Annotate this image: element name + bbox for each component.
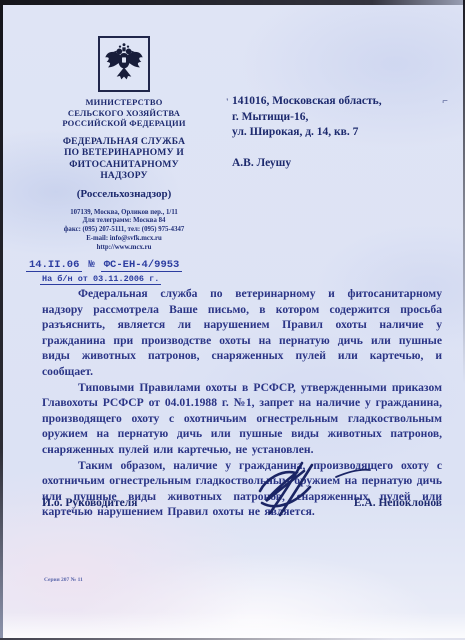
ministry-line: МИНИСТЕРСТВО [16,97,232,108]
scan-edge-left [0,0,3,640]
letterhead: МИНИСТЕРСТВО СЕЛЬСКОГО ХОЗЯЙСТВА РОССИЙС… [16,36,232,284]
scanned-letter-page: МИНИСТЕРСТВО СЕЛЬСКОГО ХОЗЯЙСТВА РОССИЙС… [0,0,465,640]
ministry-name: МИНИСТЕРСТВО СЕЛЬСКОГО ХОЗЯЙСТВА РОССИЙС… [16,97,232,129]
recipient-address-line: г. Мытищи-16, [232,110,452,126]
scan-tick-mark: ' [226,95,229,111]
scan-corner-mark: ⌐ [442,94,448,110]
outgoing-number-line: 14.II.06№ФС-ЕН-4/9953 [26,259,232,271]
ministry-line: СЕЛЬСКОГО ХОЗЯЙСТВА [16,108,232,119]
body-paragraph: Федеральная служба по ветеринарному и фи… [42,286,442,380]
contact-line-website: http://www.mcx.ru [16,244,232,253]
service-line: НАДЗОРУ [16,171,232,183]
outgoing-number: ФС-ЕН-4/9953 [101,259,183,272]
letter-body: Федеральная служба по ветеринарному и фи… [42,286,442,520]
scan-edge-top [0,0,465,5]
contact-line-telegrams: Для телеграмм: Москва 84 [16,217,232,226]
contact-line-address: 107139, Москва, Орликов пер., 1/11 [16,209,232,218]
coat-of-arms-frame [98,36,150,92]
service-line: ФЕДЕРАЛЬНАЯ СЛУЖБА [16,137,232,149]
contact-block: 107139, Москва, Орликов пер., 1/11 Для т… [16,209,232,253]
body-paragraph: Таким образом, наличие у гражданина, про… [42,458,442,520]
service-line: ПО ВЕТЕРИНАРНОМУ И [16,148,232,160]
signature-row: И.о. Руководителя Е.А. Непоклонов [42,497,442,509]
outgoing-reference-block: 14.II.06№ФС-ЕН-4/9953 На б/н от 03.11.20… [16,259,232,284]
form-serial-note: Серия 207 № 11 [44,577,83,583]
number-sign: № [88,259,94,271]
body-paragraph: Типовыми Правилами охоты в РСФСР, утверж… [42,380,442,458]
double-headed-eagle-icon [104,40,144,89]
outgoing-date: 14.II.06 [26,259,82,272]
ministry-line: РОССИЙСКОЙ ФЕДЕРАЦИИ [16,118,232,129]
handwritten-signature-icon [246,457,376,528]
scan-fade-artifact [3,612,465,638]
recipient-address-line: ул. Широкая, д. 14, кв. 7 [232,125,452,141]
signer-position-title: И.о. Руководителя [42,497,137,509]
service-short-name: (Россельхознадзор) [16,188,232,200]
contact-line-phone-fax: факс: (095) 207-5111, тел: (095) 975-434… [16,226,232,235]
service-name: ФЕДЕРАЛЬНАЯ СЛУЖБА ПО ВЕТЕРИНАРНОМУ И ФИ… [16,137,232,183]
incoming-reference-text: На б/н от 03.11.2006 г. [40,274,161,285]
contact-line-email: E-mail: info@svfk.mcx.ru [16,235,232,244]
incoming-reference-line: На б/н от 03.11.2006 г. [26,274,232,284]
service-line: ФИТОСАНИТАРНОМУ [16,160,232,172]
recipient-block: ' ⌐ 141016, Московская область, г. Мытищ… [232,94,452,171]
recipient-name: А.В. Леушу [232,156,452,172]
recipient-address-line: 141016, Московская область, [232,94,452,110]
